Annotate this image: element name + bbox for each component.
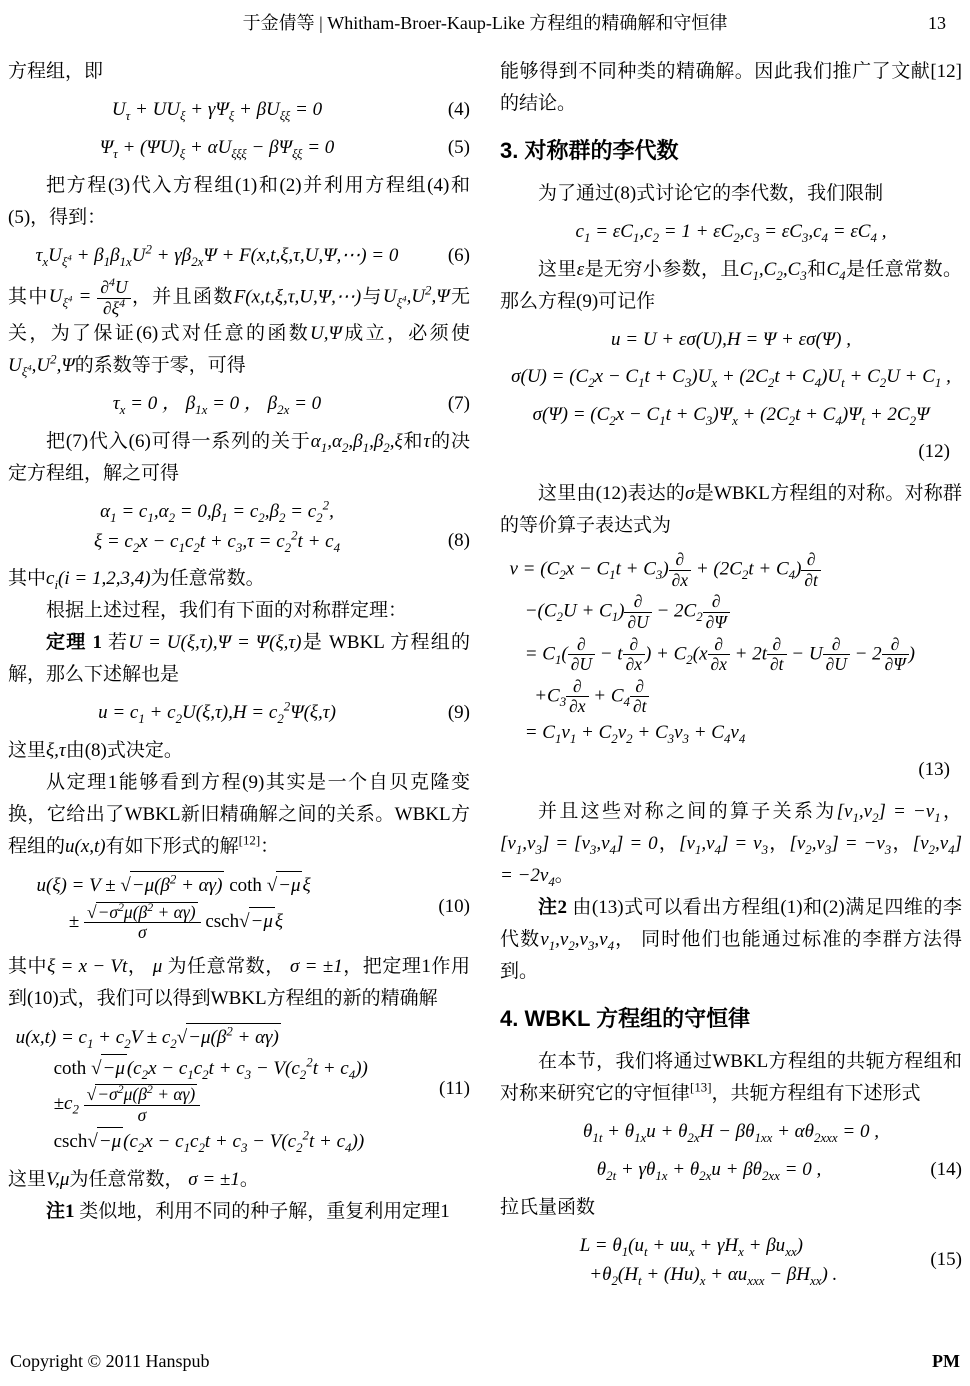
page-header: 于金倩等 | Whitham-Broer-Kaup-Like 方程组的精确解和守… — [8, 10, 962, 36]
display-equation: σ(Ψ) = (C2x − C1t + C3)Ψx + (2C2t + C4)Ψ… — [500, 399, 962, 431]
equation-line: u = U + εσ(U),H = Ψ + εσ(Ψ) , — [500, 326, 962, 354]
paragraph: 其中ci(i = 1,2,3,4)为任意常数。 — [8, 563, 470, 595]
page-footer: Copyright © 2011 Hanspub PM — [8, 1351, 962, 1372]
copyright-text: Copyright © 2011 Hanspub — [10, 1351, 210, 1372]
equation-line: csch√−μ(c2x − c1c2t + c3 − V(c22t + c4)) — [8, 1127, 426, 1156]
equation-number: (13) — [500, 754, 962, 786]
paragraph: 拉氏量函数 — [500, 1192, 962, 1224]
paragraph: 其中ξ = x − Vt， μ 为任意常数， σ = ±1，把定理1作用到(10… — [8, 951, 470, 1015]
equation-line: α1 = c1,α2 = 0,β1 = c2,β2 = c22, — [8, 498, 426, 526]
display-equation: Uτ + UUξ + γΨξ + βUξξ = 0(4) — [8, 94, 470, 126]
paragraph: 能够得到不同种类的精确解。因此我们推广了文献[12]的结论。 — [500, 56, 962, 120]
equation-line: τxUξ4 + β1β1xU2 + γβ2xΨ + F(x,t,ξ,τ,U,Ψ,… — [8, 242, 426, 270]
equation-number: (9) — [426, 697, 470, 729]
equation-line: σ(U) = (C2x − C1t + C3)Ux + (2C2t + C4)U… — [500, 363, 962, 391]
left-column: 方程组，即Uτ + UUξ + γΨξ + βUξξ = 0(4)Ψτ + (Ψ… — [8, 56, 470, 1228]
equation-line: Uτ + UUξ + γΨξ + βUξξ = 0 — [8, 96, 426, 124]
paragraph: 其中Uξ4 = ∂4U∂ξ4，并且函数F(x,t,ξ,τ,U,Ψ,⋯)与Uξ4,… — [8, 278, 470, 382]
paragraph: 这里ξ,τ由(8)式决定。 — [8, 735, 470, 767]
equation-line: Ψτ + (ΨU)ξ + αUξξξ − βΨξξ = 0 — [8, 134, 426, 162]
display-equation: c1 = εC1,c2 = 1 + εC2,c3 = εC3,c4 = εC4 … — [500, 216, 962, 248]
equation-line: −(C2U + C1)∂∂U − 2C2∂∂Ψ — [500, 592, 962, 632]
paragraph: 注2 由(13)式可以看出方程组(1)和(2)满足四维的李代数ν1,ν2,ν3,… — [500, 892, 962, 988]
equation-line: τx = 0 ， β1x = 0 ， β2x = 0 — [8, 390, 426, 418]
equation-line: ξ = c2x − c1c2t + c3,τ = c22t + c4 — [8, 528, 426, 556]
equation-line: θ2t + γθ1x + θ2xu + βθ2xx = 0 , — [500, 1156, 918, 1184]
paragraph: 这里ε是无穷小参数，且C1,C2,C3和C4是任意常数。那么方程(9)可记作 — [500, 254, 962, 318]
section-heading: 4. WBKL 方程组的守恒律 — [500, 1004, 962, 1034]
equation-line: σ(Ψ) = (C2x − C1t + C3)Ψx + (2C2t + C4)Ψ… — [500, 401, 962, 429]
equation-line: ν = (C2x − C1t + C3)∂∂x + (2C2t + C4)∂∂t — [500, 550, 962, 590]
display-equation: α1 = c1,α2 = 0,β1 = c2,β2 = c22,ξ = c2x … — [8, 496, 470, 557]
display-equation: θ1t + θ1xu + θ2xH − βθ1xx + αθ2xxx = 0 , — [500, 1116, 962, 1148]
equation-line: coth √−μ(c2x − c1c2t + c3 − V(c22t + c4)… — [8, 1054, 426, 1083]
display-equation: u = U + εσ(U),H = Ψ + εσ(Ψ) , — [500, 324, 962, 356]
paragraph: 根据上述过程，我们有下面的对称群定理： — [8, 595, 470, 627]
equation-line: c1 = εC1,c2 = 1 + εC2,c3 = εC3,c4 = εC4 … — [500, 218, 962, 246]
equation-line: u(x,t) = c1 + c2V ± c2√−μ(β2 + αγ) — [8, 1023, 426, 1052]
equation-line: = C1(∂∂U − t∂∂x) + C2(x∂∂x + 2t∂∂t − U∂∂… — [500, 635, 962, 675]
equation-number: (10) — [426, 891, 470, 923]
display-equation: Ψτ + (ΨU)ξ + αUξξξ − βΨξξ = 0(5) — [8, 132, 470, 164]
display-equation: u = c1 + c2U(ξ,τ),H = c22Ψ(ξ,τ)(9) — [8, 697, 470, 729]
equation-number: (7) — [426, 388, 470, 420]
paragraph: 这里V,μ为任意常数， σ = ±1。 — [8, 1164, 470, 1196]
paragraph: 并且这些对称之间的算子关系为[ν1,ν2] = −ν1，[ν1,ν3] = [ν… — [500, 796, 962, 892]
equation-line: ±c2 √−σ2μ(β2 + αγ)σ — [8, 1084, 426, 1125]
display-equation: u(ξ) = V ± √−μ(β2 + αγ) coth √−μξ± √−σ2μ… — [8, 869, 470, 945]
paper-page: 于金倩等 | Whitham-Broer-Kaup-Like 方程组的精确解和守… — [0, 0, 970, 1386]
page-number: 13 — [928, 10, 946, 36]
equation-number: (15) — [918, 1244, 962, 1276]
paragraph: 从定理1能够看到方程(9)其实是一个自贝克隆变换，它给出了WBKL新旧精确解之间… — [8, 767, 470, 863]
equation-number: (4) — [426, 94, 470, 126]
equation-number: (11) — [426, 1073, 470, 1105]
equation-line: = C1ν1 + C2ν2 + C3ν3 + C4ν4 — [500, 719, 962, 747]
equation-number: (6) — [426, 240, 470, 272]
paragraph: 定理 1 若U = U(ξ,τ),Ψ = Ψ(ξ,τ)是 WBKL 方程组的解，… — [8, 627, 470, 691]
equation-line: +C3∂∂x + C4∂∂t — [500, 677, 962, 717]
two-column-body: 方程组，即Uτ + UUξ + γΨξ + βUξξ = 0(4)Ψτ + (Ψ… — [8, 56, 962, 1351]
section-heading: 3. 对称群的李代数 — [500, 136, 962, 166]
equation-line: L = θ1(ut + uux + γHx + βuxx) — [500, 1232, 918, 1260]
display-equation: τx = 0 ， β1x = 0 ， β2x = 0(7) — [8, 388, 470, 420]
paragraph: 把(7)代入(6)可得一系列的关于α1,α2,β1,β2,ξ和τ的决定方程组，解… — [8, 426, 470, 490]
display-equation: L = θ1(ut + uux + γHx + βuxx)+θ2(Ht + (H… — [500, 1230, 962, 1291]
equation-number: (8) — [426, 525, 470, 557]
paragraph: 为了通过(8)式讨论它的李代数，我们限制 — [500, 178, 962, 210]
equation-number: (5) — [426, 132, 470, 164]
paragraph: 方程组，即 — [8, 56, 470, 88]
running-title: 于金倩等 | Whitham-Broer-Kaup-Like 方程组的精确解和守… — [8, 10, 962, 36]
equation-line: u = c1 + c2U(ξ,τ),H = c22Ψ(ξ,τ) — [8, 699, 426, 727]
journal-mark: PM — [932, 1351, 960, 1372]
display-equation: τxUξ4 + β1β1xU2 + γβ2xΨ + F(x,t,ξ,τ,U,Ψ,… — [8, 240, 470, 272]
paragraph: 注1 类似地，利用不同的种子解，重复利用定理1 — [8, 1196, 470, 1228]
equation-line: +θ2(Ht + (Hu)x + αuxxx − βHxx) . — [500, 1261, 918, 1289]
equation-line: u(ξ) = V ± √−μ(β2 + αγ) coth √−μξ — [8, 871, 426, 900]
equation-number: (14) — [918, 1154, 962, 1186]
display-equation: u(x,t) = c1 + c2V ± c2√−μ(β2 + αγ)coth √… — [8, 1021, 470, 1158]
equation-number: (12) — [500, 436, 962, 468]
paragraph: 在本节，我们将通过WBKL方程组的共轭方程组和对称来研究它的守恒律[13]，共轭… — [500, 1046, 962, 1110]
right-column: 能够得到不同种类的精确解。因此我们推广了文献[12]的结论。3. 对称群的李代数… — [500, 56, 962, 1297]
equation-line: ± √−σ2μ(β2 + αγ)σ csch√−μξ — [8, 902, 426, 943]
paragraph: 把方程(3)代入方程组(1)和(2)并利用方程组(4)和(5)，得到： — [8, 170, 470, 234]
display-equation: ν = (C2x − C1t + C3)∂∂x + (2C2t + C4)∂∂t… — [500, 548, 962, 748]
paragraph: 这里由(12)表达的σ是WBKL方程组的对称。对称群的等价算子表达式为 — [500, 478, 962, 542]
equation-line: θ1t + θ1xu + θ2xH − βθ1xx + αθ2xxx = 0 , — [500, 1118, 962, 1146]
display-equation: θ2t + γθ1x + θ2xu + βθ2xx = 0 ,(14) — [500, 1154, 962, 1186]
display-equation: σ(U) = (C2x − C1t + C3)Ux + (2C2t + C4)U… — [500, 361, 962, 393]
